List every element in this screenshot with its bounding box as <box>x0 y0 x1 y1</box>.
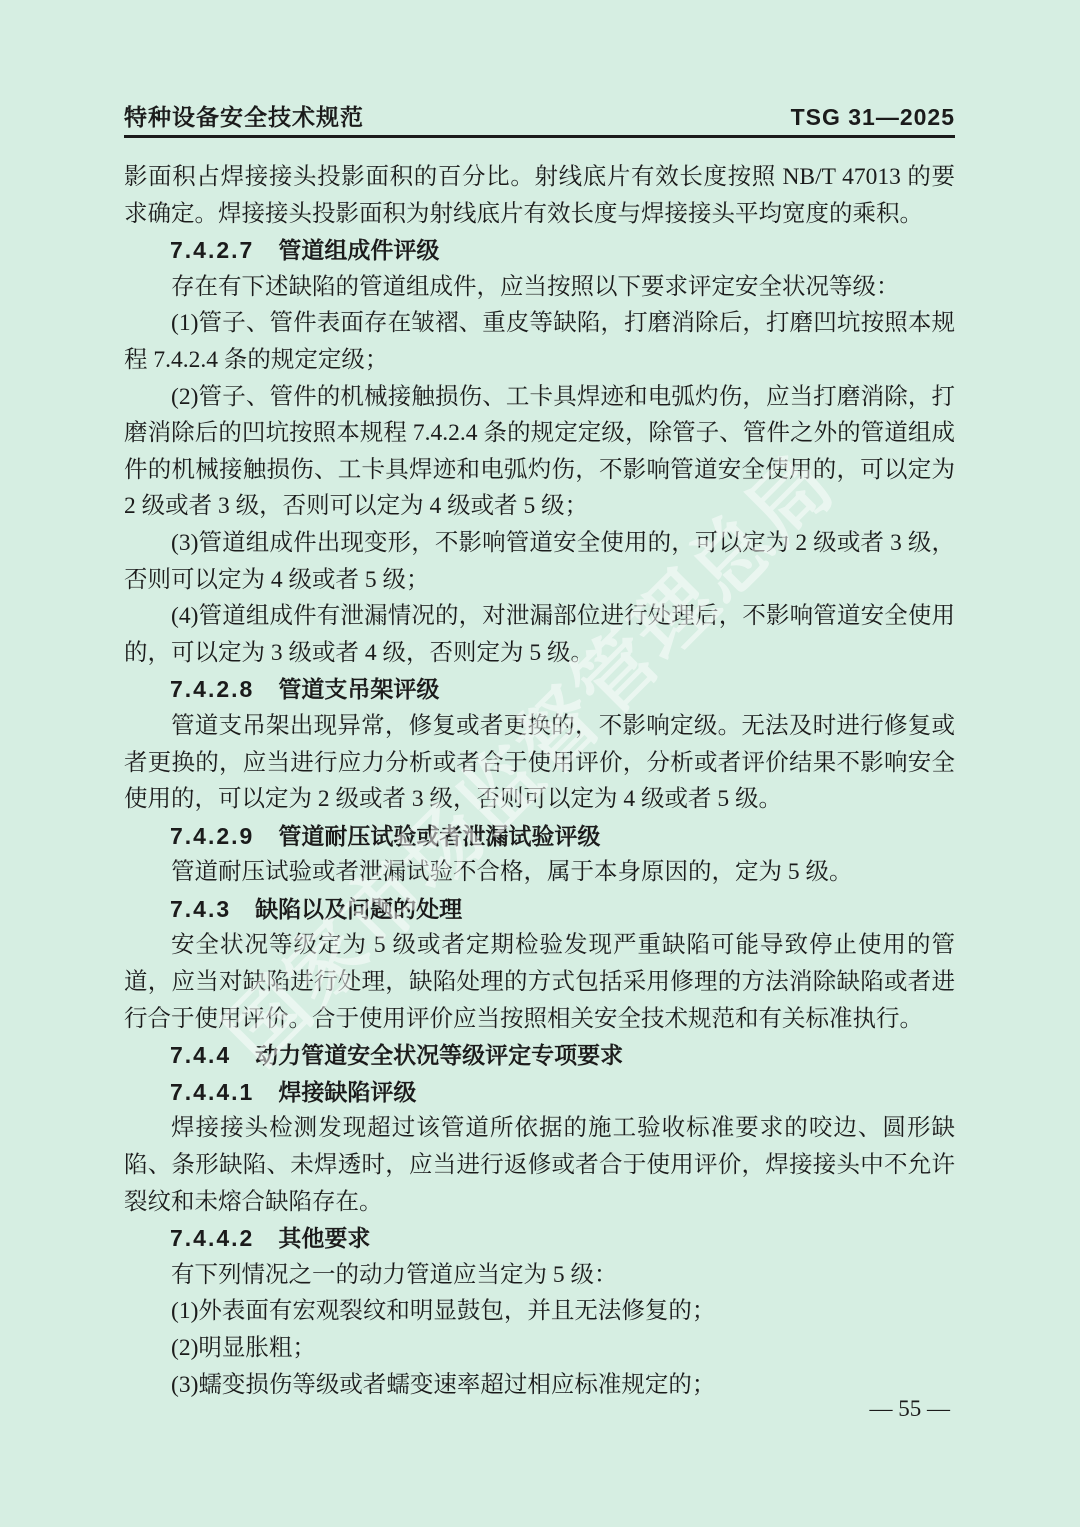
clause-title: 管道耐压试验或者泄漏试验评级 <box>278 823 600 849</box>
clause-number: 7.4.4.1 <box>170 1079 254 1105</box>
clause-heading: 7.4.2.7管道组成件评级 <box>124 232 955 269</box>
clause-number: 7.4.2.7 <box>170 237 254 263</box>
clause-number: 7.4.3 <box>170 896 231 922</box>
document-page: 特种设备安全技术规范 TSG 31—2025 影面积占焊接接头投影面积的百分比。… <box>0 0 1080 1527</box>
clause-number: 7.4.4 <box>170 1042 231 1068</box>
paragraph: (1)外表面有宏观裂纹和明显鼓包，并且无法修复的； <box>124 1293 955 1330</box>
page-footer: — 55 — <box>870 1396 951 1422</box>
clause-title: 其他要求 <box>278 1225 370 1251</box>
paragraph: (2)管子、管件的机械接触损伤、工卡具焊迹和电弧灼伤，应当打磨消除，打磨消除后的… <box>124 379 955 525</box>
clause-heading: 7.4.2.9管道耐压试验或者泄漏试验评级 <box>124 818 955 855</box>
clause-title: 动力管道安全状况等级评定专项要求 <box>255 1042 623 1068</box>
header-doc-number: TSG 31—2025 <box>791 104 955 131</box>
clause-heading: 7.4.4.1焊接缺陷评级 <box>124 1074 955 1111</box>
paragraph: (1)管子、管件表面存在皱褶、重皮等缺陷，打磨消除后，打磨凹坑按照本规程 7.4… <box>124 305 955 378</box>
header-doc-category: 特种设备安全技术规范 <box>124 99 364 132</box>
paragraph: (4)管道组成件有泄漏情况的，对泄漏部位进行处理后，不影响管道安全使用的，可以定… <box>124 598 955 671</box>
paragraph: 管道支吊架出现异常，修复或者更换的，不影响定级。无法及时进行修复或者更换的，应当… <box>124 708 955 818</box>
clause-title: 管道支吊架评级 <box>278 676 439 702</box>
clause-heading: 7.4.4动力管道安全状况等级评定专项要求 <box>124 1037 955 1074</box>
paragraph: 安全状况等级定为 5 级或者定期检验发现严重缺陷可能导致停止使用的管道，应当对缺… <box>124 927 955 1037</box>
paragraph: 存在有下述缺陷的管道组成件，应当按照以下要求评定安全状况等级： <box>124 269 955 306</box>
page-number: — 55 — <box>870 1396 951 1421</box>
clause-number: 7.4.2.8 <box>170 676 254 702</box>
clause-title: 管道组成件评级 <box>278 237 439 263</box>
page-header: 特种设备安全技术规范 TSG 31—2025 <box>124 99 955 132</box>
clause-number: 7.4.4.2 <box>170 1225 254 1251</box>
paragraph: 有下列情况之一的动力管道应当定为 5 级： <box>124 1257 955 1294</box>
paragraph: (3)管道组成件出现变形，不影响管道安全使用的，可以定为 2 级或者 3 级，否… <box>124 525 955 598</box>
clause-title: 焊接缺陷评级 <box>278 1079 416 1105</box>
continuation-paragraph: 影面积占焊接接头投影面积的百分比。射线底片有效长度按照 NB/T 47013 的… <box>124 159 955 232</box>
clause-title: 缺陷以及问题的处理 <box>255 896 462 922</box>
clause-heading: 7.4.4.2其他要求 <box>124 1220 955 1257</box>
paragraph: (3)蠕变损伤等级或者蠕变速率超过相应标准规定的； <box>124 1367 955 1404</box>
document-body: 影面积占焊接接头投影面积的百分比。射线底片有效长度按照 NB/T 47013 的… <box>124 159 955 1403</box>
clause-heading: 7.4.2.8管道支吊架评级 <box>124 671 955 708</box>
clause-number: 7.4.2.9 <box>170 823 254 849</box>
paragraph: 焊接接头检测发现超过该管道所依据的施工验收标准要求的咬边、圆形缺陷、条形缺陷、未… <box>124 1110 955 1220</box>
paragraph: 管道耐压试验或者泄漏试验不合格，属于本身原因的，定为 5 级。 <box>124 854 955 891</box>
paragraph: (2)明显胀粗； <box>124 1330 955 1367</box>
clause-heading: 7.4.3缺陷以及问题的处理 <box>124 891 955 928</box>
header-rule <box>124 135 955 138</box>
